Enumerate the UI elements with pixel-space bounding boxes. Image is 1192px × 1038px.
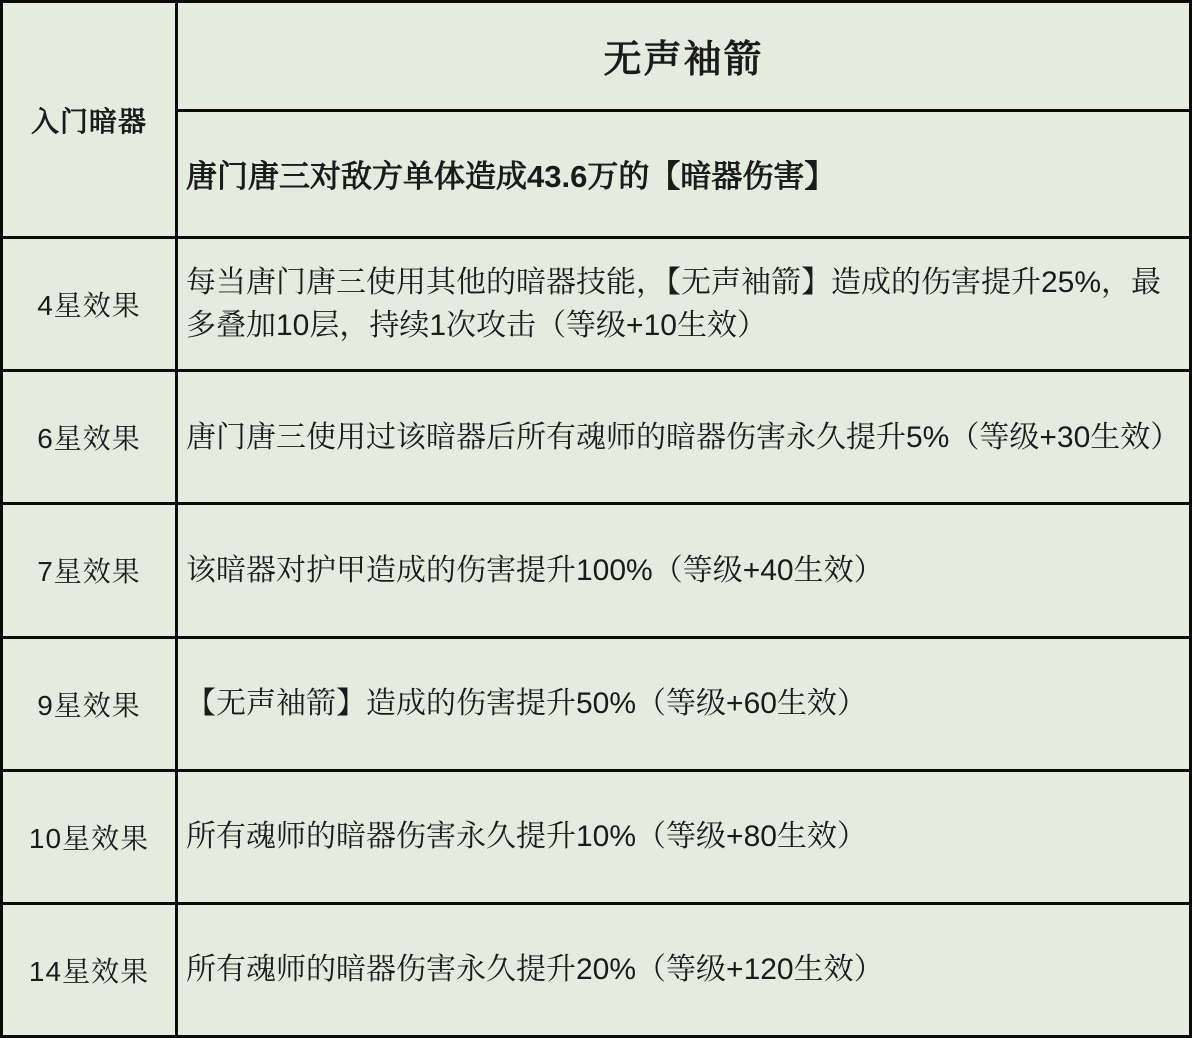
row-label-intro-weapon: 入门暗器 bbox=[2, 2, 177, 238]
effect-text-9-star: 【无声袖箭】造成的伤害提升50%（等级+60生效） bbox=[177, 637, 1191, 770]
row-label-6-star: 6星效果 bbox=[2, 371, 177, 504]
effect-text-7-star: 该暗器对护甲造成的伤害提升100%（等级+40生效） bbox=[177, 504, 1191, 637]
table-row-4-star: 4星效果 每当唐门唐三使用其他的暗器技能，【无声袖箭】造成的伤害提升25%，最多… bbox=[2, 238, 1191, 371]
effect-text-4-star: 每当唐门唐三使用其他的暗器技能，【无声袖箭】造成的伤害提升25%，最多叠加10层… bbox=[177, 238, 1191, 371]
table-row-10-star: 10星效果 所有魂师的暗器伤害永久提升10%（等级+80生效） bbox=[2, 770, 1191, 903]
effect-text-10-star: 所有魂师的暗器伤害永久提升10%（等级+80生效） bbox=[177, 770, 1191, 903]
table-row-7-star: 7星效果 该暗器对护甲造成的伤害提升100%（等级+40生效） bbox=[2, 504, 1191, 637]
row-label-14-star: 14星效果 bbox=[2, 903, 177, 1036]
base-damage-text: 唐门唐三对敌方单体造成43.6万的【暗器伤害】 bbox=[177, 110, 1191, 237]
effect-text-6-star: 唐门唐三使用过该暗器后所有魂师的暗器伤害永久提升5%（等级+30生效） bbox=[177, 371, 1191, 504]
hidden-weapon-upgrade-table: 入门暗器 无声袖箭 唐门唐三对敌方单体造成43.6万的【暗器伤害】 4星效果 每… bbox=[0, 0, 1192, 1038]
weapon-title: 无声袖箭 bbox=[177, 2, 1191, 111]
table-row-9-star: 9星效果 【无声袖箭】造成的伤害提升50%（等级+60生效） bbox=[2, 637, 1191, 770]
table-header-row: 入门暗器 无声袖箭 bbox=[2, 2, 1191, 111]
table-row-6-star: 6星效果 唐门唐三使用过该暗器后所有魂师的暗器伤害永久提升5%（等级+30生效） bbox=[2, 371, 1191, 504]
row-label-10-star: 10星效果 bbox=[2, 770, 177, 903]
effect-text-14-star: 所有魂师的暗器伤害永久提升20%（等级+120生效） bbox=[177, 903, 1191, 1036]
base-damage-row: 唐门唐三对敌方单体造成43.6万的【暗器伤害】 bbox=[2, 110, 1191, 237]
row-label-7-star: 7星效果 bbox=[2, 504, 177, 637]
row-label-9-star: 9星效果 bbox=[2, 637, 177, 770]
row-label-4-star: 4星效果 bbox=[2, 238, 177, 371]
table-row-14-star: 14星效果 所有魂师的暗器伤害永久提升20%（等级+120生效） bbox=[2, 903, 1191, 1036]
